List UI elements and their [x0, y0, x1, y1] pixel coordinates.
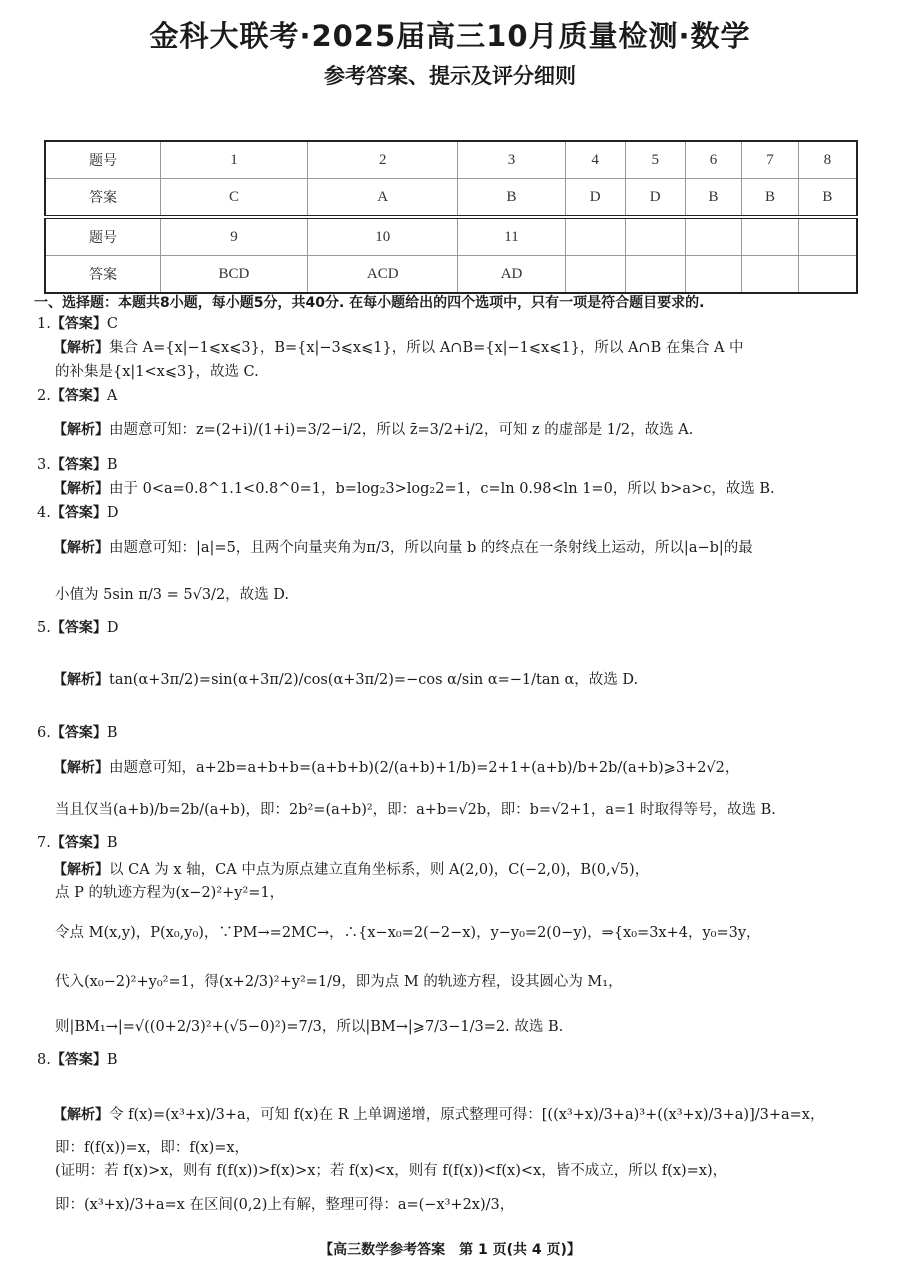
- question-1-answer: 1.【答案】C: [37, 314, 118, 334]
- question-4-answer: 4.【答案】D: [37, 503, 118, 523]
- table-cell: 7: [742, 141, 799, 179]
- table-cell: [798, 217, 857, 256]
- table-cell: 2: [307, 141, 458, 179]
- table-cell: AD: [458, 256, 565, 294]
- table-cell: [565, 256, 625, 294]
- table-cell: [798, 256, 857, 294]
- row-label: 题号: [45, 141, 161, 179]
- question-8-analysis-line-4: 即：(x³+x)/3+a=x 在区间(0,2)上有解，整理可得：a=(−x³+2…: [55, 1195, 514, 1215]
- table-cell: 9: [161, 217, 308, 256]
- document-title: 金科大联考·2025届高三10月质量检测·数学: [0, 14, 900, 55]
- section-heading: 一、选择题：本题共8小题，每小题5分，共40分. 在每小题给出的四个选项中，只有…: [34, 292, 704, 312]
- table-cell: 8: [798, 141, 857, 179]
- question-7-analysis-line-1: 【解析】以 CA 为 x 轴，CA 中点为原点建立直角坐标系，则 A(2,0)，…: [53, 860, 649, 880]
- table-cell: A: [307, 179, 458, 218]
- table-cell: [565, 217, 625, 256]
- table-cell: C: [161, 179, 308, 218]
- row-label: 题号: [45, 217, 161, 256]
- question-4-analysis-line-2: 小值为 5sin π/3 = 5√3/2，故选 D.: [55, 585, 289, 605]
- question-1-analysis-line-1: 【解析】集合 A={x|−1⩽x⩽3}，B={x|−3⩽x⩽1}，所以 A∩B=…: [53, 338, 744, 358]
- question-7-analysis-line-5: 则|BM₁→|=√((0+2/3)²+(√5−0)²)=7/3，所以|BM→|⩾…: [55, 1017, 563, 1037]
- question-7-analysis-line-2: 点 P 的轨迹方程为(x−2)²+y²=1，: [55, 883, 284, 903]
- question-8-analysis-line-1: 【解析】令 f(x)=(x³+x)/3+a，可知 f(x)在 R 上单调递增，原…: [53, 1105, 824, 1125]
- table-cell: B: [798, 179, 857, 218]
- document-subtitle: 参考答案、提示及评分细则: [0, 60, 900, 90]
- table-cell: 6: [685, 141, 742, 179]
- table-cell: B: [685, 179, 742, 218]
- question-6-analysis-line-2: 当且仅当(a+b)/b=2b/(a+b)，即：2b²=(a+b)²，即：a+b=…: [55, 800, 776, 820]
- row-label: 答案: [45, 256, 161, 294]
- table-cell: 3: [458, 141, 565, 179]
- question-8-answer: 8.【答案】B: [37, 1050, 118, 1070]
- question-6-analysis-line-1: 【解析】由题意可知，a+2b=a+b+b=(a+b+b)(2/(a+b)+1/b…: [53, 758, 739, 778]
- question-8-analysis-line-3: (证明：若 f(x)>x，则有 f(f(x))>f(x)>x；若 f(x)<x，…: [55, 1161, 727, 1181]
- table-row-answers-2: 答案 BCD ACD AD: [45, 256, 857, 294]
- question-7-answer: 7.【答案】B: [37, 833, 118, 853]
- question-5-answer: 5.【答案】D: [37, 618, 118, 638]
- table-cell: [625, 217, 685, 256]
- question-1-analysis-line-2: 的补集是{x|1<x⩽3}，故选 C.: [55, 362, 259, 382]
- question-6-answer: 6.【答案】B: [37, 723, 118, 743]
- answer-table: 题号 1 2 3 4 5 6 7 8 答案 C A B D D B B B 题号…: [44, 140, 858, 294]
- table-row-questions-2: 题号 9 10 11: [45, 217, 857, 256]
- question-4-analysis-line-1: 【解析】由题意可知：|a|=5，且两个向量夹角为π/3，所以向量 b 的终点在一…: [53, 538, 753, 558]
- question-3-answer: 3.【答案】B: [37, 455, 118, 475]
- table-cell: D: [625, 179, 685, 218]
- table-cell: 4: [565, 141, 625, 179]
- table-cell: [742, 217, 799, 256]
- table-cell: [685, 256, 742, 294]
- table-row-questions-1: 题号 1 2 3 4 5 6 7 8: [45, 141, 857, 179]
- table-cell: B: [742, 179, 799, 218]
- table-cell: ACD: [307, 256, 458, 294]
- question-8-analysis-line-2: 即：f(f(x))=x，即：f(x)=x，: [55, 1138, 249, 1158]
- table-cell: 11: [458, 217, 565, 256]
- question-5-analysis: 【解析】tan(α+3π/2)=sin(α+3π/2)/cos(α+3π/2)=…: [53, 670, 638, 690]
- table-cell: 1: [161, 141, 308, 179]
- question-2-analysis: 【解析】由题意可知：z=(2+i)/(1+i)=3/2−i/2，所以 z̄=3/…: [53, 420, 693, 440]
- question-3-analysis: 【解析】由于 0<a=0.8^1.1<0.8^0=1，b=log₂3>log₂2…: [53, 479, 775, 499]
- page-footer: 【高三数学参考答案 第 1 页(共 4 页)】: [0, 1239, 900, 1259]
- table-cell: BCD: [161, 256, 308, 294]
- question-7-analysis-line-4: 代入(x₀−2)²+y₀²=1，得(x+2/3)²+y²=1/9，即为点 M 的…: [55, 972, 623, 992]
- question-2-answer: 2.【答案】A: [37, 386, 117, 406]
- table-row-answers-1: 答案 C A B D D B B B: [45, 179, 857, 218]
- table-cell: [685, 217, 742, 256]
- table-cell: D: [565, 179, 625, 218]
- table-cell: [625, 256, 685, 294]
- table-cell: B: [458, 179, 565, 218]
- table-cell: 10: [307, 217, 458, 256]
- question-7-analysis-line-3: 令点 M(x,y)，P(x₀,y₀)，∵PM→=2MC→，∴{x−x₀=2(−2…: [55, 923, 761, 943]
- table-cell: 5: [625, 141, 685, 179]
- row-label: 答案: [45, 179, 161, 218]
- table-cell: [742, 256, 799, 294]
